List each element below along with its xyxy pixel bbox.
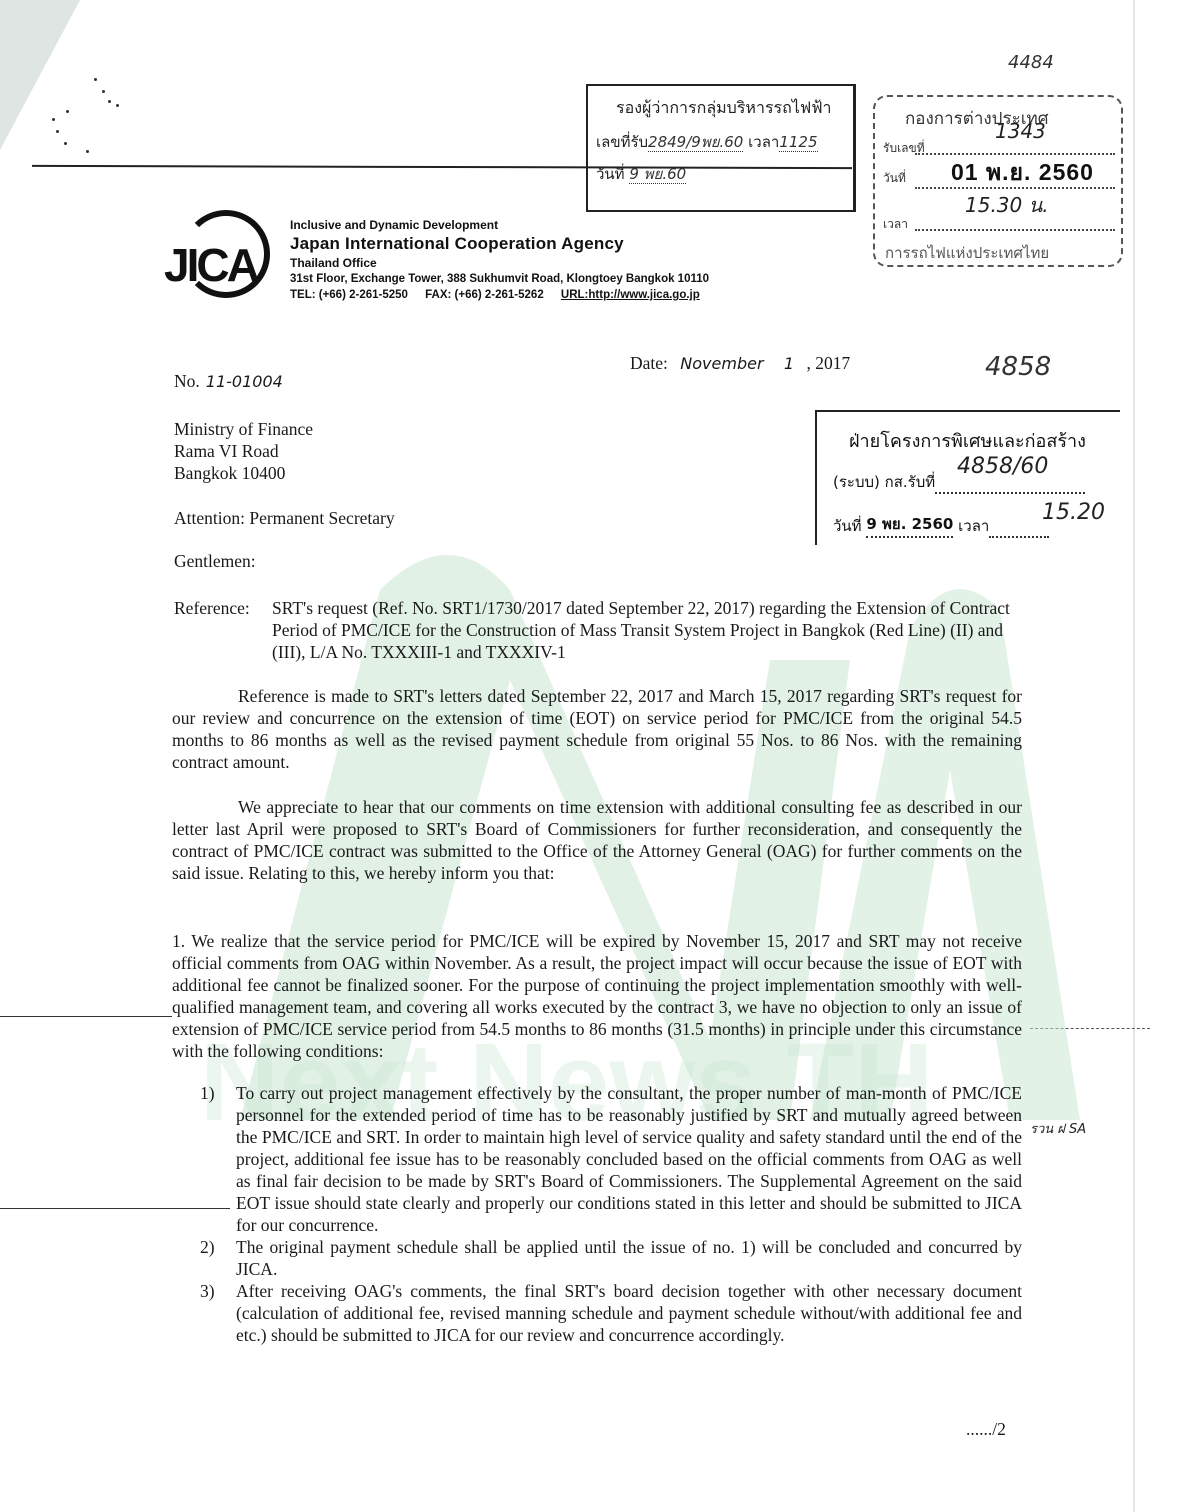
page-continuation: ....../2 — [966, 1418, 1006, 1440]
fax: FAX: (+66) 2-261-5262 — [425, 289, 544, 301]
handwritten-margin-note: รวน ฝ SA — [1030, 1118, 1086, 1139]
office-name: Thailand Office — [290, 255, 709, 271]
scan-line — [0, 1208, 230, 1209]
stamp-receipt-number: 4858/60 — [957, 454, 1048, 479]
stamp-time: 15.20 — [1042, 500, 1105, 525]
scan-specks — [30, 70, 120, 150]
stamp-time: 1125 — [779, 133, 817, 152]
attention-line: Attention: Permanent Secretary — [174, 507, 395, 529]
stamp-title: รองผู้ว่าการกลุ่มบริหารรถไฟฟ้า — [616, 96, 832, 121]
paragraph-2: We appreciate to hear that our comments … — [172, 796, 1022, 884]
addressee-block: Ministry of Finance Rama VI Road Bangkok… — [174, 418, 313, 484]
condition-item: 3) After receiving OAG's comments, the f… — [200, 1280, 1022, 1346]
condition-item: 1) To carry out project management effec… — [200, 1082, 1022, 1236]
stamp-date: 9 พย. 2560 — [866, 512, 953, 538]
handwritten-number: 4484 — [1008, 52, 1054, 73]
stamp-footer: การรถไฟแห่งประเทศไทย — [885, 241, 1049, 265]
website-link[interactable]: URL:http://www.jica.go.jp — [561, 289, 700, 301]
receipt-stamp-international: กองการต่างประเทศ 1343 รับเลขที่ 01 พ.ย. … — [873, 95, 1123, 267]
item-1: 1. We realize that the service period fo… — [172, 930, 1022, 1062]
tel: TEL: (+66) 2-261-5250 — [290, 289, 408, 301]
office-address: 31st Floor, Exchange Tower, 388 Sukhumvi… — [290, 271, 709, 288]
scan-edge-right — [1133, 0, 1135, 1512]
scan-line — [0, 1016, 172, 1017]
conditions-list: 1) To carry out project management effec… — [200, 1082, 1022, 1346]
paragraph-1: Reference is made to SRT's letters dated… — [172, 685, 1022, 773]
salutation: Gentlemen: — [174, 550, 256, 572]
letterhead: Inclusive and Dynamic Development Japan … — [290, 218, 709, 303]
letterhead-tagline: Inclusive and Dynamic Development — [290, 218, 709, 233]
contact-line: TEL: (+66) 2-261-5250 FAX: (+66) 2-261-5… — [290, 288, 709, 303]
letter-reference-number: No.11-01004 — [174, 370, 283, 393]
receipt-stamp-special-projects: ฝ่ายโครงการพิเศษและก่อสร้าง (ระบบ) กส.รั… — [815, 410, 1120, 545]
stamp-receipt-number: 2849/9พย.60 — [648, 133, 743, 152]
stamp-receipt-number: 1343 — [995, 119, 1046, 143]
reference-text: SRT's request (Ref. No. SRT1/1730/2017 d… — [272, 597, 1032, 663]
stamp-time: 15.30 น. — [965, 189, 1049, 221]
stamp-title: ฝ่ายโครงการพิเศษและก่อสร้าง — [849, 426, 1086, 455]
receipt-stamp-deputy-governor: รองผู้ว่าการกลุ่มบริหารรถไฟฟ้า เลขที่รับ… — [586, 84, 856, 212]
condition-item: 2) The original payment schedule shall b… — [200, 1236, 1022, 1280]
organization-name: Japan International Cooperation Agency — [290, 233, 709, 255]
letter-date: Date: November 1 , 2017 — [630, 352, 850, 375]
jica-logo: JICA — [160, 210, 280, 305]
stamp-date: 9 พย.60 — [629, 165, 686, 184]
scan-line — [1030, 1028, 1150, 1029]
handwritten-number: 4858 — [985, 352, 1051, 382]
reference-block: Reference: SRT's request (Ref. No. SRT1/… — [174, 597, 1034, 663]
stamp-date: 01 พ.ย. 2560 — [951, 155, 1094, 191]
